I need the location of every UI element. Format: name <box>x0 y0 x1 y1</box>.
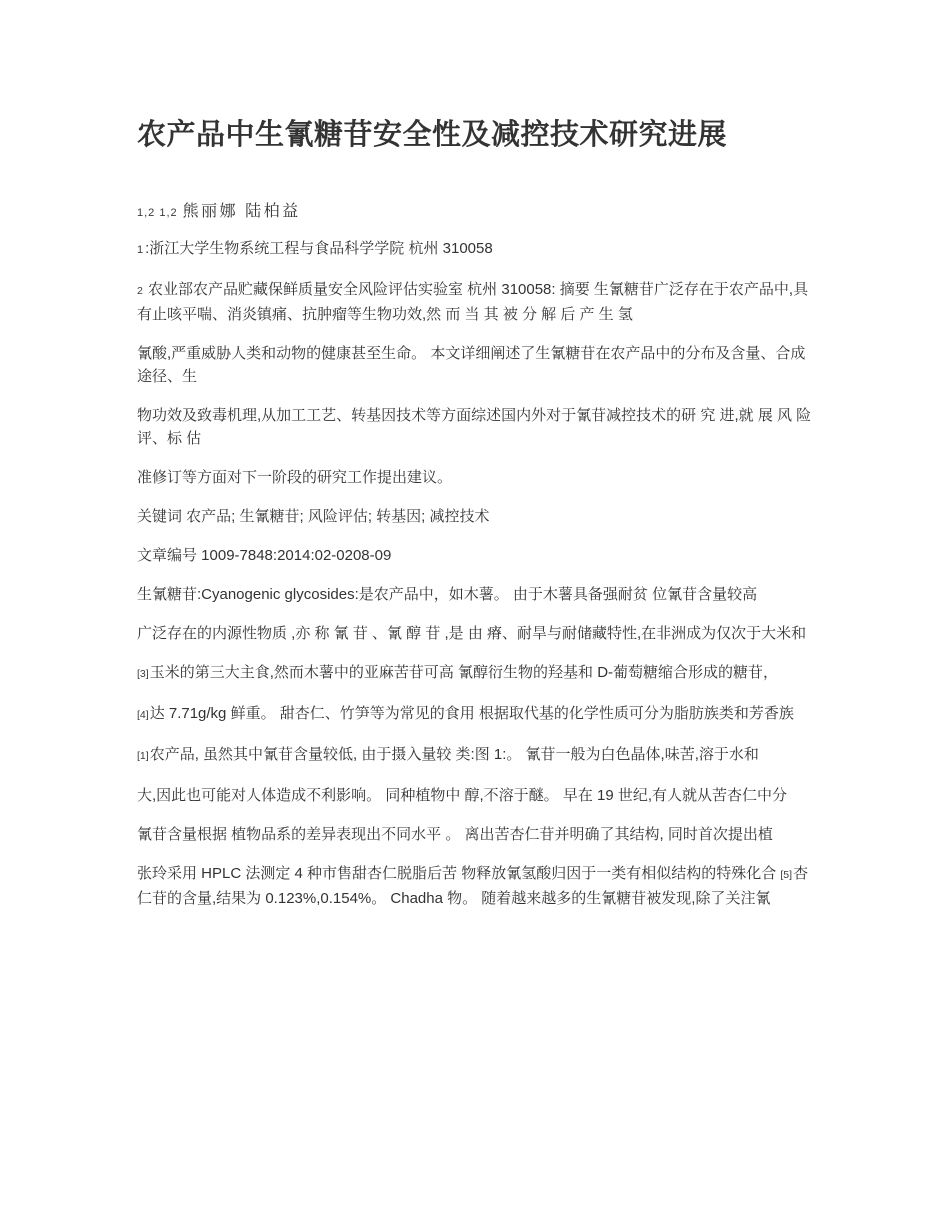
paragraph: 广泛存在的内源性物质 ,亦 称 氰 苷 、氰 醇 苷 ,是 由 瘠、耐旱与耐储藏… <box>137 622 815 645</box>
paragraph-text: 大,因此也可能对人体造成不利影响。 同种植物中 醇,不溶于醚。 早在 19 世纪… <box>137 787 787 804</box>
author-names: 熊丽娜 陆柏益 <box>183 203 301 220</box>
paragraph-text: 物功效及致毒机理,从加工工艺、转基因技术等方面综述国内外对于氰苷减控技术的研 究… <box>137 407 811 447</box>
document-body: 2 农业部农产品贮藏保鲜质量安全风险评估实验室 杭州 310058: 摘要 生氰… <box>137 278 815 910</box>
paragraph-text: 关键词 农产品; 生氰糖苷; 风险评估; 转基因; 减控技术 <box>137 508 490 525</box>
reference-marker: [5] <box>780 869 793 881</box>
paragraph-text: 生氰糖苷:Cyanogenic glycosides:是农产品中，如木薯。 由于… <box>137 586 757 603</box>
paragraph: [4]达 7.71g/kg 鲜重。 甜杏仁、竹笋等为常见的食用 根据取代基的化学… <box>137 702 815 727</box>
paragraph-text: 文章编号 1009-7848:2014:02-0208-09 <box>137 547 391 564</box>
paragraph-text: 准修订等方面对下一阶段的研究工作提出建议。 <box>137 469 452 486</box>
author-line: 1,2 1,2熊丽娜 陆柏益 <box>137 202 815 223</box>
paragraph-text: 张玲采用 HPLC 法测定 4 种市售甜杏仁脱脂后苦 物释放氰氢酸归因于一类有相… <box>137 865 780 882</box>
affiliation-line: 1:浙江大学生物系统工程与食品科学学院 杭州 310058 <box>137 239 815 260</box>
paragraph-text: 氰苷含量根据 植物品系的差异表现出不同水平 。 离出苦杏仁苷并明确了其结构, 同… <box>137 826 773 843</box>
paragraph-text: 氰酸,严重威胁人类和动物的健康甚至生命。 本文详细阐述了生氰糖苷在农产品中的分布… <box>137 345 805 385</box>
paragraph: 大,因此也可能对人体造成不利影响。 同种植物中 醇,不溶于醚。 早在 19 世纪… <box>137 784 815 807</box>
reference-marker: [4] <box>137 709 150 721</box>
paragraph: 氰苷含量根据 植物品系的差异表现出不同水平 。 离出苦杏仁苷并明确了其结构, 同… <box>137 823 815 846</box>
paragraph: 生氰糖苷:Cyanogenic glycosides:是农产品中，如木薯。 由于… <box>137 583 815 606</box>
affiliation-text: :浙江大学生物系统工程与食品科学学院 杭州 310058 <box>145 240 493 257</box>
paragraph: 2 农业部农产品贮藏保鲜质量安全风险评估实验室 杭州 310058: 摘要 生氰… <box>137 278 815 326</box>
paragraph-text: 达 7.71g/kg 鲜重。 甜杏仁、竹笋等为常见的食用 根据取代基的化学性质可… <box>150 705 794 722</box>
affiliation-superscript: 1 <box>137 244 144 256</box>
paragraph: 氰酸,严重威胁人类和动物的健康甚至生命。 本文详细阐述了生氰糖苷在农产品中的分布… <box>137 342 815 388</box>
paragraph-text: 广泛存在的内源性物质 ,亦 称 氰 苷 、氰 醇 苷 ,是 由 瘠、耐旱与耐储藏… <box>137 625 806 642</box>
paragraph-text: 玉米的第三大主食,然而木薯中的亚麻苦苷可高 氰醇衍生物的羟基和 D-葡萄糖缩合形… <box>150 664 778 681</box>
paragraph: 物功效及致毒机理,从加工工艺、转基因技术等方面综述国内外对于氰苷减控技术的研 究… <box>137 404 815 450</box>
paragraph: 张玲采用 HPLC 法测定 4 种市售甜杏仁脱脂后苦 物释放氰氢酸归因于一类有相… <box>137 862 815 910</box>
document-title: 农产品中生氰糖苷安全性及减控技术研究进展 <box>137 114 815 156</box>
paragraph: 准修订等方面对下一阶段的研究工作提出建议。 <box>137 466 815 489</box>
paragraph-text: 农业部农产品贮藏保鲜质量安全风险评估实验室 杭州 310058: 摘要 生氰糖苷… <box>137 281 808 323</box>
paragraph: [3]玉米的第三大主食,然而木薯中的亚麻苦苷可高 氰醇衍生物的羟基和 D-葡萄糖… <box>137 661 815 686</box>
author-affiliation-superscript: 1,2 1,2 <box>137 207 178 219</box>
reference-marker: 2 <box>137 285 144 297</box>
document-page: 农产品中生氰糖苷安全性及减控技术研究进展 1,2 1,2熊丽娜 陆柏益 1:浙江… <box>0 0 950 1230</box>
paragraph: 文章编号 1009-7848:2014:02-0208-09 <box>137 544 815 567</box>
reference-marker: [1] <box>137 750 150 762</box>
paragraph: [1]农产品, 虽然其中氰苷含量较低, 由于摄入量较 类:图 1:。 氰苷一般为… <box>137 743 815 768</box>
reference-marker: [3] <box>137 668 150 680</box>
paragraph-text: 农产品, 虽然其中氰苷含量较低, 由于摄入量较 类:图 1:。 氰苷一般为白色晶… <box>150 746 759 763</box>
paragraph: 关键词 农产品; 生氰糖苷; 风险评估; 转基因; 减控技术 <box>137 505 815 528</box>
